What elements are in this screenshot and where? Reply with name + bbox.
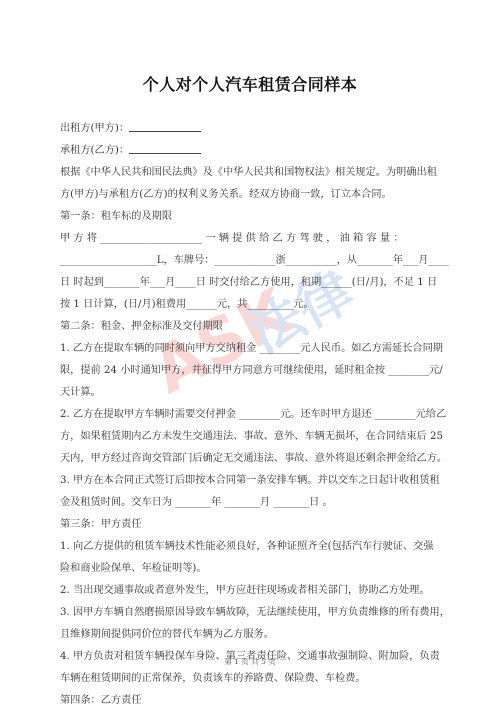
lessor-line: 出租方(甲方)：	[60, 118, 452, 140]
text-line: 方，如果租赁期内乙方未发生交通违法、事故、意外、车辆无损坏，在合同结束后 25	[60, 426, 452, 448]
text-line: 金及租赁时间。交车日为 _______年 _______月 _______日 。	[60, 492, 452, 514]
lessor-blank	[129, 119, 201, 132]
text-line: 且维修期间提供同价位的替代车辆为乙方服务。	[60, 624, 452, 646]
text-line: 根据《中华人民共和国民法典》及《中华人民共和国物权法》相关规定。为明确出租	[60, 162, 452, 184]
text-line: 车辆在租赁期间的正常保养，负责该车的养路费、保险费、车检费。	[60, 668, 452, 690]
document-title: 个人对个人汽车租赁合同样本	[0, 72, 500, 95]
document-body: 出租方(甲方)： 承租方(乙方)： 根据《中华人民共和国民法典》及《中华人民共和…	[60, 118, 452, 706]
text-line: 险和商业险保单、年检证明等)。	[60, 558, 452, 580]
text-line: 1. 向乙方提供的租赁车辆技术性能必须良好，各种证照齐全(包括汽车行驶证、交强	[60, 536, 452, 558]
text-line: 天计算。	[60, 382, 452, 404]
section-heading: 第四条：乙方责任	[60, 690, 452, 706]
lessee-line: 承租方(乙方)：	[60, 140, 452, 162]
section-heading: 第一条：租车标的及期限	[60, 206, 452, 228]
section-heading: 第二条：租金、押金标准及交付期限	[60, 316, 452, 338]
section-heading: 第三条：甲方责任	[60, 514, 452, 536]
text-line: 2. 当出现交通事故或者意外发生，甲方应赶往现场或者相关部门，协助乙方处理。	[60, 580, 452, 602]
text-line: 限，提前 24 小时通知甲方，并征得甲方同意方可继续使用，延时租金按 _____…	[60, 360, 452, 382]
text-line: 日 时起到_______年___月____日 时交付给乙方使用，租期______…	[60, 272, 452, 294]
lessee-label: 承租方(乙方)：	[60, 145, 129, 156]
text-line: ___________________L，车牌号：____________浙__…	[60, 250, 452, 272]
text-line: 方(甲方)与承租方(乙方)的权利义务关系。经双方协商一致，订立本合同。	[60, 184, 452, 206]
text-line: 1. 乙方在提取车辆的同时须向甲方交纳租金 ________元人民币。如乙方需延…	[60, 338, 452, 360]
lessee-blank	[129, 141, 201, 154]
document-page: 个人对个人汽车租赁合同样本 ASK 法律 出租方(甲方)： 承租方(乙方)： 根…	[0, 0, 500, 706]
text-line: 天内，甲方经过咨询交管部门后确定无交通违法、事故、意外将退还剩余押金给乙方。	[60, 448, 452, 470]
lessor-label: 出租方(甲方)：	[60, 123, 129, 134]
text-line: 甲 方 将 ____________________ 一 辆 提 供 给 乙 方…	[60, 228, 452, 250]
text-line: 按 1 日计算，(日/月)租费用______元，共_________元。	[60, 294, 452, 316]
page-footer: 第 1 页 共 5 页	[0, 656, 500, 667]
text-line: 2. 乙方在提取甲方车辆时需要交付押金 ________元。还车时甲方退还 __…	[60, 404, 452, 426]
text-line: 3. 甲方在本合同正式签订后即按本合同第一条安排车辆。并以交车之日起计收租赁租	[60, 470, 452, 492]
text-line: 3. 因甲方车辆自然磨损原因导致车辆故障，无法继续使用，甲方负责维修的所有费用，	[60, 602, 452, 624]
